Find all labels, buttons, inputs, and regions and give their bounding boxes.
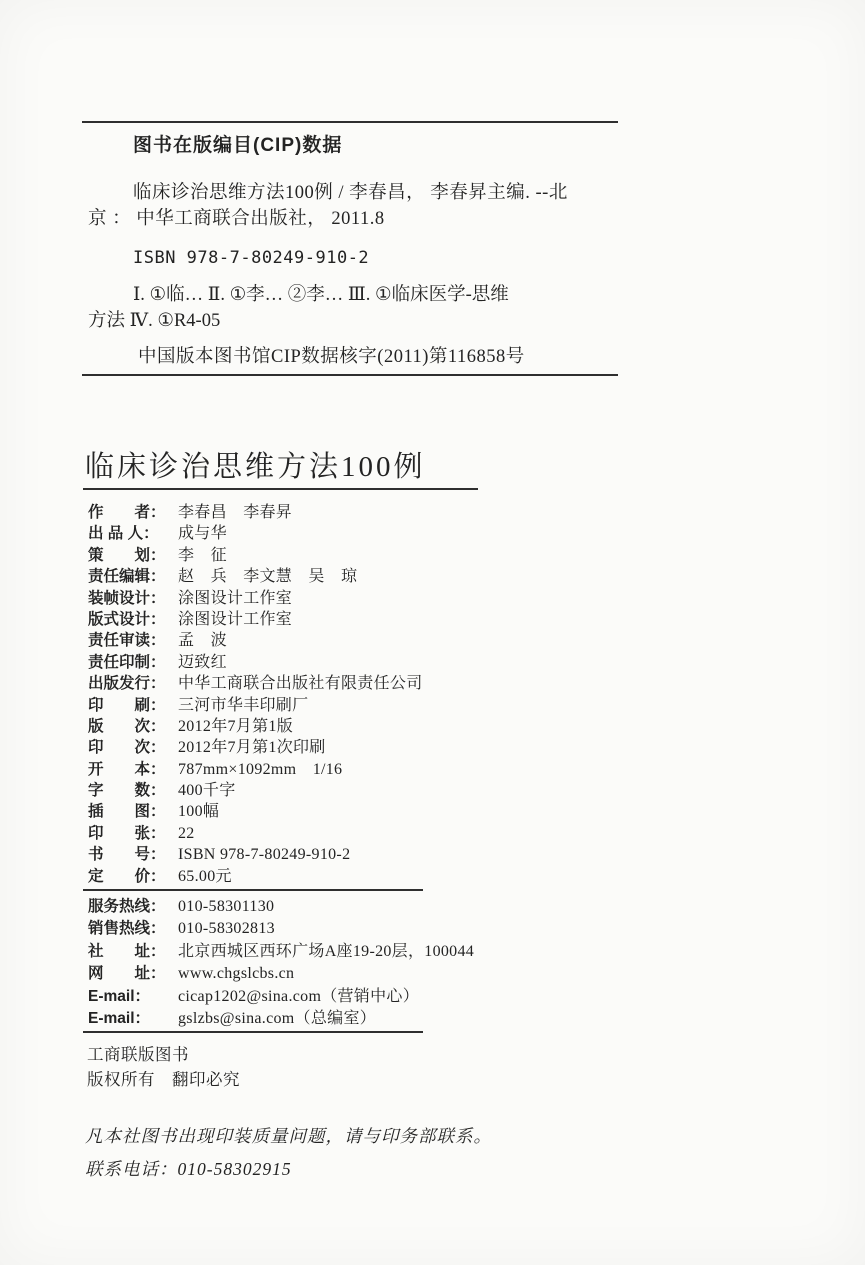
credit-row: 装帧设计：涂图设计工作室 [88, 588, 423, 609]
contact-label: E-mail： [88, 986, 178, 1008]
credit-row: 开 本：787mm×1092mm 1/16 [88, 759, 423, 780]
credit-row: 插 图：100幅 [88, 801, 423, 822]
credit-value: 孟 波 [178, 630, 227, 651]
credit-value: 李 征 [178, 545, 227, 566]
credit-label: 作 者： [88, 502, 178, 523]
imprint-line2: 版权所有 翻印必究 [87, 1067, 240, 1092]
contact-value: 北京西城区西环广场A座19-20层，100044 [178, 941, 474, 963]
credit-value: 22 [178, 823, 195, 844]
credit-row: 印 次：2012年7月第1次印刷 [88, 737, 423, 758]
credit-row: 责任印制：迈致红 [88, 652, 423, 673]
credit-value: 赵 兵 李文慧 吴 琼 [178, 566, 357, 587]
credits-divider [83, 889, 423, 891]
imprint-statement: 工商联版图书 版权所有 翻印必究 [87, 1042, 240, 1092]
credit-value: 2012年7月第1版 [178, 716, 293, 737]
credit-row: 印 刷：三河市华丰印刷厂 [88, 695, 423, 716]
contact-label: E-mail： [88, 1008, 178, 1030]
credit-label: 责任编辑： [88, 566, 178, 587]
credit-row: 责任编辑：赵 兵 李文慧 吴 琼 [88, 566, 423, 587]
cip-class-line1: Ⅰ. ①临… Ⅱ. ①李… ②李… Ⅲ. ①临床医学-思维 [88, 283, 628, 309]
cip-record-number: 中国版本图书馆CIP数据核字(2011)第116858号 [138, 342, 525, 368]
credit-label: 开 本： [88, 759, 178, 780]
contact-label: 销售热线： [88, 918, 178, 940]
contact-value: www.chgslcbs.cn [178, 963, 294, 985]
credit-value: 100幅 [178, 801, 219, 822]
cip-entry-line1: 临床诊治思维方法100例 / 李春昌， 李春昇主编. --北 [88, 180, 628, 206]
credit-value: ISBN 978-7-80249-910-2 [178, 844, 350, 865]
credit-label: 字 数： [88, 780, 178, 801]
cip-bottom-divider [82, 374, 618, 376]
credit-label: 版式设计： [88, 609, 178, 630]
credit-value: 成与华 [178, 523, 227, 544]
contact-label: 网 址： [88, 963, 178, 985]
credit-label: 责任审读： [88, 630, 178, 651]
credit-label: 策 划： [88, 545, 178, 566]
title-divider [83, 488, 478, 490]
credit-row: 作 者：李春昌 李春昇 [88, 502, 423, 523]
contacts-divider [83, 1031, 423, 1033]
credit-row: 出版发行：中华工商联合出版社有限责任公司 [88, 673, 423, 694]
credit-row: 定 价：65.00元 [88, 866, 423, 887]
cip-class-line2: 方法 Ⅳ. ①R4-05 [88, 309, 628, 335]
contact-row: 销售热线：010-58302813 [88, 918, 474, 940]
contact-value: gslzbs@sina.com（总编室） [178, 1008, 376, 1030]
credit-label: 印 次： [88, 737, 178, 758]
credit-value: 787mm×1092mm 1/16 [178, 759, 342, 780]
credit-row: 书 号：ISBN 978-7-80249-910-2 [88, 844, 423, 865]
credit-label: 插 图： [88, 801, 178, 822]
contact-row: 服务热线：010-58301130 [88, 896, 474, 918]
cip-entry-line2: 京 ： 中华工商联合出版社， 2011.8 [88, 206, 628, 232]
credit-value: 涂图设计工作室 [178, 588, 292, 609]
contact-label: 社 址： [88, 941, 178, 963]
imprint-line1: 工商联版图书 [87, 1042, 240, 1067]
credit-label: 出版发行： [88, 673, 178, 694]
credit-value: 涂图设计工作室 [178, 609, 292, 630]
credit-row: 出 品 人：成与华 [88, 523, 423, 544]
cip-heading: 图书在版编目(CIP)数据 [133, 130, 342, 157]
contact-row: E-mail：cicap1202@sina.com（营销中心） [88, 986, 474, 1008]
contact-value: cicap1202@sina.com（营销中心） [178, 986, 419, 1008]
quality-notice: 凡本社图书出现印装质量问题，请与印务部联系。 联系电话：010-58302915 [85, 1120, 492, 1186]
cip-top-divider [82, 121, 618, 123]
credit-row: 版 次：2012年7月第1版 [88, 716, 423, 737]
contact-value: 010-58302813 [178, 918, 275, 940]
cip-classification: Ⅰ. ①临… Ⅱ. ①李… ②李… Ⅲ. ①临床医学-思维 方法 Ⅳ. ①R4-… [88, 283, 628, 334]
contact-value: 010-58301130 [178, 896, 274, 918]
contact-row: 网 址：www.chgslcbs.cn [88, 963, 474, 985]
credit-value: 400千字 [178, 780, 236, 801]
credit-row: 字 数：400千字 [88, 780, 423, 801]
book-title: 临床诊治思维方法100例 [85, 444, 426, 485]
credit-value: 中华工商联合出版社有限责任公司 [178, 673, 423, 694]
copyright-page: 图书在版编目(CIP)数据 临床诊治思维方法100例 / 李春昌， 李春昇主编.… [0, 0, 865, 1265]
credit-label: 版 次： [88, 716, 178, 737]
cip-isbn: ISBN 978-7-80249-910-2 [133, 248, 369, 268]
credit-value: 2012年7月第1次印刷 [178, 737, 326, 758]
credit-label: 出 品 人： [88, 523, 178, 544]
contact-row: 社 址：北京西城区西环广场A座19-20层，100044 [88, 941, 474, 963]
credit-label: 定 价： [88, 866, 178, 887]
credit-label: 装帧设计： [88, 588, 178, 609]
credit-row: 责任审读：孟 波 [88, 630, 423, 651]
quality-notice-line1: 凡本社图书出现印装质量问题，请与印务部联系。 [85, 1120, 492, 1153]
credit-row: 印 张：22 [88, 823, 423, 844]
credit-row: 版式设计：涂图设计工作室 [88, 609, 423, 630]
contact-label: 服务热线： [88, 896, 178, 918]
cip-entry: 临床诊治思维方法100例 / 李春昌， 李春昇主编. --北 京 ： 中华工商联… [88, 180, 628, 232]
quality-notice-line2: 联系电话：010-58302915 [85, 1153, 492, 1186]
credit-label: 书 号： [88, 844, 178, 865]
credit-label: 印 刷： [88, 695, 178, 716]
credit-label: 印 张： [88, 823, 178, 844]
credit-label: 责任印制： [88, 652, 178, 673]
publisher-contacts: 服务热线：010-58301130 销售热线：010-58302813 社 址：… [88, 896, 474, 1030]
publication-credits: 作 者：李春昌 李春昇 出 品 人：成与华 策 划：李 征 责任编辑：赵 兵 李… [88, 502, 423, 887]
credit-value: 65.00元 [178, 866, 232, 887]
credit-value: 三河市华丰印刷厂 [178, 695, 308, 716]
credit-value: 李春昌 李春昇 [178, 502, 292, 523]
credit-value: 迈致红 [178, 652, 227, 673]
contact-row: E-mail：gslzbs@sina.com（总编室） [88, 1008, 474, 1030]
credit-row: 策 划：李 征 [88, 545, 423, 566]
